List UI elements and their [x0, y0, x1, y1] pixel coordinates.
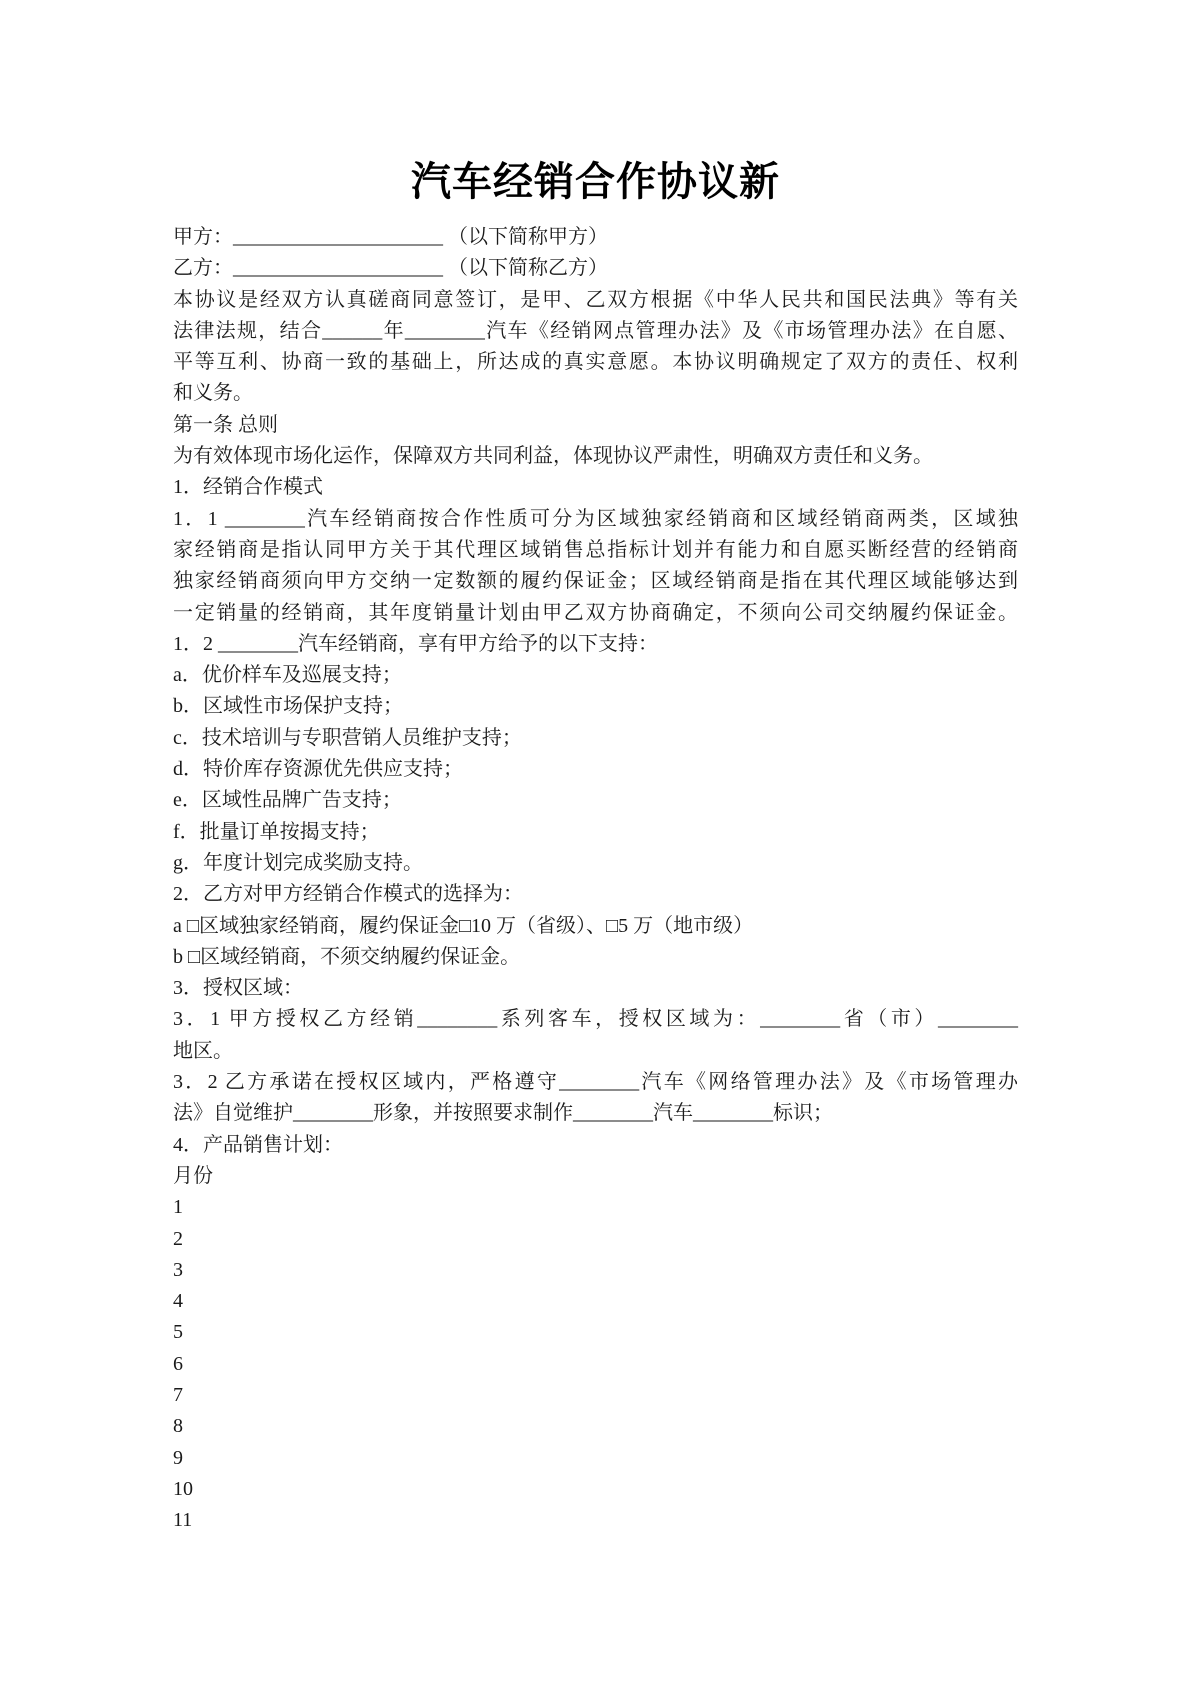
support-item-e: e．区域性品牌广告支持； — [173, 785, 1018, 816]
section-3-heading: 3．授权区域： — [173, 973, 1018, 1004]
month-row: 11 — [173, 1505, 1018, 1536]
month-row: 8 — [173, 1411, 1018, 1442]
section-4-heading: 4．产品销售计划： — [173, 1130, 1018, 1161]
section-2-heading: 2．乙方对甲方经销合作模式的选择为： — [173, 879, 1018, 910]
month-column-header: 月份 — [173, 1161, 1018, 1192]
clause-1-heading: 第一条 总则 — [173, 410, 1018, 441]
party-b-line: 乙方：_____________________ （以下简称乙方） — [173, 253, 1018, 284]
document-content: 汽车经销合作协议新 甲方：_____________________ （以下简称… — [173, 158, 1018, 1536]
month-row: 7 — [173, 1380, 1018, 1411]
month-row: 10 — [173, 1474, 1018, 1505]
clause-1-intro: 为有效体现市场化运作，保障双方共同利益，体现协议严肃性，明确双方责任和义务。 — [173, 441, 1018, 472]
support-item-f: f．批量订单按揭支持； — [173, 817, 1018, 848]
party-a-line: 甲方：_____________________ （以下简称甲方） — [173, 222, 1018, 253]
preamble-line: 和义务。 — [173, 378, 1018, 409]
section-3-2-line: 3．2 乙方承诺在授权区域内，严格遵守________汽车《网络管理办法》及《市… — [173, 1067, 1018, 1098]
support-item-a: a．优价样车及巡展支持； — [173, 660, 1018, 691]
section-1-heading: 1．经销合作模式 — [173, 472, 1018, 503]
section-1-1-line: 独家经销商须向甲方交纳一定数额的履约保证金；区域经销商是指在其代理区域能够达到 — [173, 566, 1018, 597]
support-item-c: c．技术培训与专职营销人员维护支持； — [173, 723, 1018, 754]
month-row: 9 — [173, 1443, 1018, 1474]
preamble-line: 本协议是经双方认真磋商同意签订，是甲、乙双方根据《中华人民共和国民法典》等有关 — [173, 285, 1018, 316]
section-3-2-line: 法》自觉维护________形象，并按照要求制作________汽车______… — [173, 1098, 1018, 1129]
section-1-2-line: 1．2 ________汽车经销商，享有甲方给予的以下支持： — [173, 629, 1018, 660]
month-row: 4 — [173, 1286, 1018, 1317]
month-row: 2 — [173, 1224, 1018, 1255]
month-row: 1 — [173, 1192, 1018, 1223]
document-body: 甲方：_____________________ （以下简称甲方）乙方：____… — [173, 222, 1018, 1536]
section-1-1-line: 一定销量的经销商，其年度销量计划由甲乙双方协商确定，不须向公司交纳履约保证金。 — [173, 598, 1018, 629]
document-page: 汽车经销合作协议新 甲方：_____________________ （以下简称… — [0, 0, 1190, 1683]
mode-option-a: a □区域独家经销商，履约保证金□10 万（省级）、□5 万（地市级） — [173, 911, 1018, 942]
section-1-1-line: 1．1 ________汽车经销商按合作性质可分为区域独家经销商和区域经销商两类… — [173, 504, 1018, 535]
support-item-g: g．年度计划完成奖励支持。 — [173, 848, 1018, 879]
support-item-d: d．特价库存资源优先供应支持； — [173, 754, 1018, 785]
preamble-line: 平等互利、协商一致的基础上，所达成的真实意愿。本协议明确规定了双方的责任、权利 — [173, 347, 1018, 378]
month-row: 6 — [173, 1349, 1018, 1380]
support-item-b: b．区域性市场保护支持； — [173, 691, 1018, 722]
section-1-1-line: 家经销商是指认同甲方关于其代理区域销售总指标计划并有能力和自愿买断经营的经销商 — [173, 535, 1018, 566]
section-3-1-line: 3．1 甲方授权乙方经销________系列客车，授权区域为：________省… — [173, 1004, 1018, 1035]
month-row: 3 — [173, 1255, 1018, 1286]
month-row: 5 — [173, 1317, 1018, 1348]
preamble-line: 法律法规，结合______年________汽车《经销网点管理办法》及《市场管理… — [173, 316, 1018, 347]
mode-option-b: b □区域经销商，不须交纳履约保证金。 — [173, 942, 1018, 973]
document-title: 汽车经销合作协议新 — [173, 158, 1018, 206]
section-3-1-line: 地区。 — [173, 1036, 1018, 1067]
